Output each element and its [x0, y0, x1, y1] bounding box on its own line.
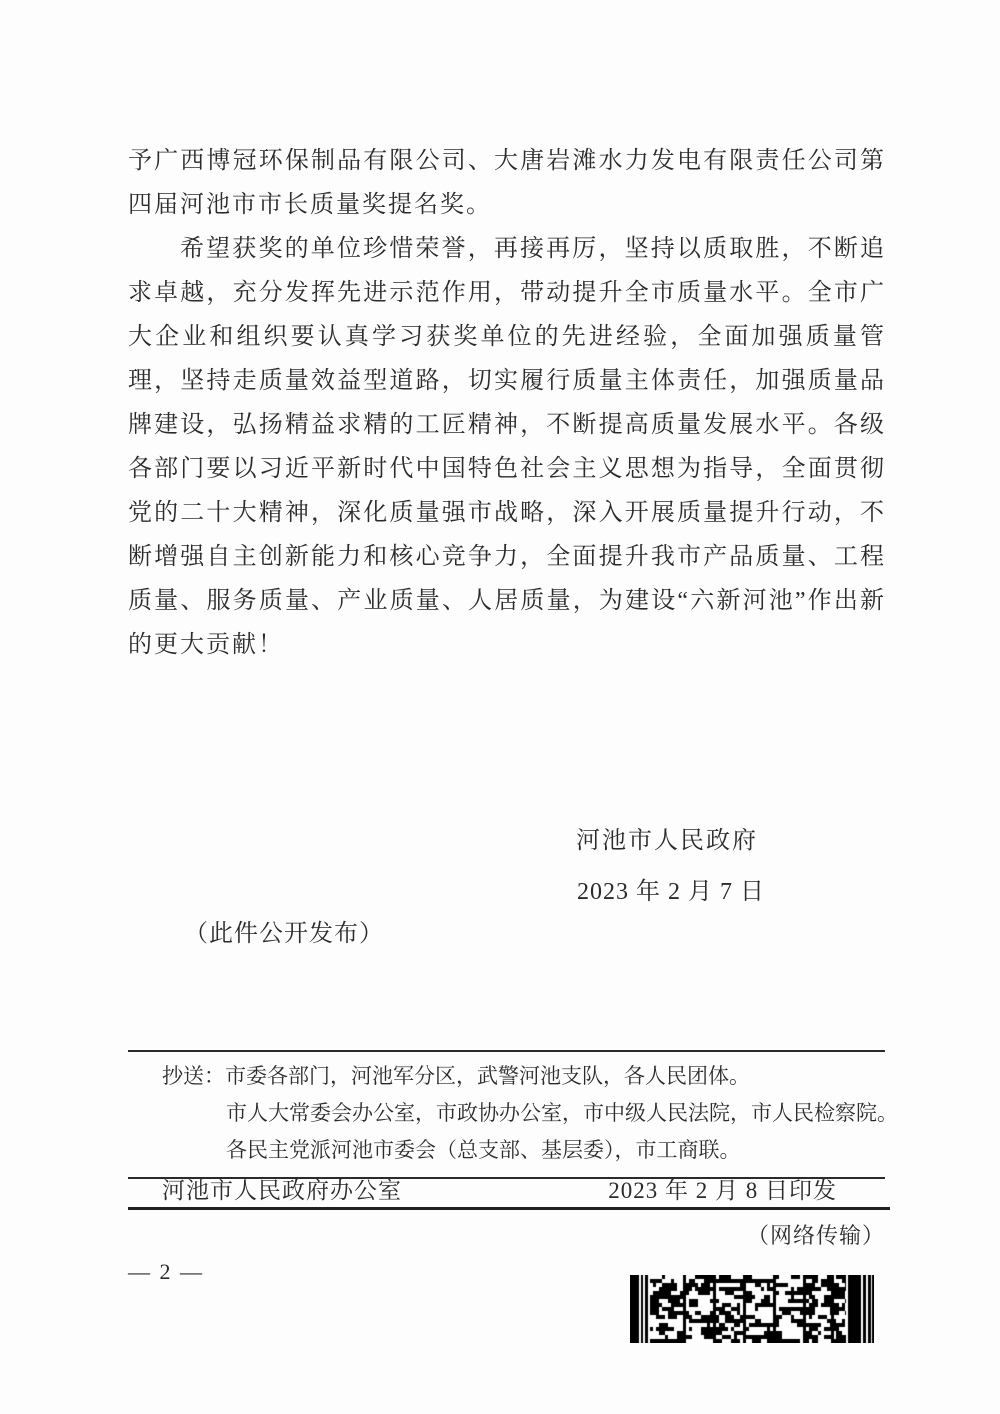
distribution-block: 抄送：市委各部门，河池军分区，武警河池支队，各人民团体。 市人大常委会办公室，市…	[128, 1050, 885, 1179]
distribution-line: 各民主党派河池市委会（总支部、基层委），市工商联。	[162, 1132, 885, 1169]
pdf417-barcode	[630, 1275, 874, 1343]
divider	[128, 1207, 890, 1210]
document-body: 予广西博冠环保制品有限公司、大唐岩滩水力发电有限责任公司第四届河池市市长质量奖提…	[128, 139, 886, 667]
footer-row: 河池市人民政府办公室 2023 年 2 月 8 日印发	[128, 1168, 885, 1208]
public-release-note: （此件公开发布）	[184, 919, 384, 949]
signature-date: 2023 年 2 月 7 日	[577, 878, 765, 906]
signature-issuer: 河池市人民政府	[576, 827, 758, 855]
transmission-note: （网络传输）	[128, 1222, 885, 1250]
distribution-line: 抄送：市委各部门，河池军分区，武警河池支队，各人民团体。	[162, 1058, 885, 1095]
issuing-office: 河池市人民政府办公室	[128, 1172, 402, 1205]
document-page: 予广西博冠环保制品有限公司、大唐岩滩水力发电有限责任公司第四届河池市市长质量奖提…	[0, 0, 1000, 1414]
paragraph: 希望获奖的单位珍惜荣誉，再接再厉，坚持以质取胜，不断追求卓越，充分发挥先进示范作…	[128, 227, 886, 667]
distribution-label: 抄送：	[162, 1064, 225, 1088]
distribution-line: 市人大常委会办公室，市政协办公室，市中级人民法院，市人民检察院。	[162, 1095, 885, 1132]
paragraph: 予广西博冠环保制品有限公司、大唐岩滩水力发电有限责任公司第四届河池市市长质量奖提…	[128, 139, 886, 227]
print-date: 2023 年 2 月 8 日印发	[608, 1172, 885, 1205]
page-number: — 2 —	[128, 1259, 204, 1285]
distribution-text: 市委各部门，河池军分区，武警河池支队，各人民团体。	[225, 1064, 750, 1088]
